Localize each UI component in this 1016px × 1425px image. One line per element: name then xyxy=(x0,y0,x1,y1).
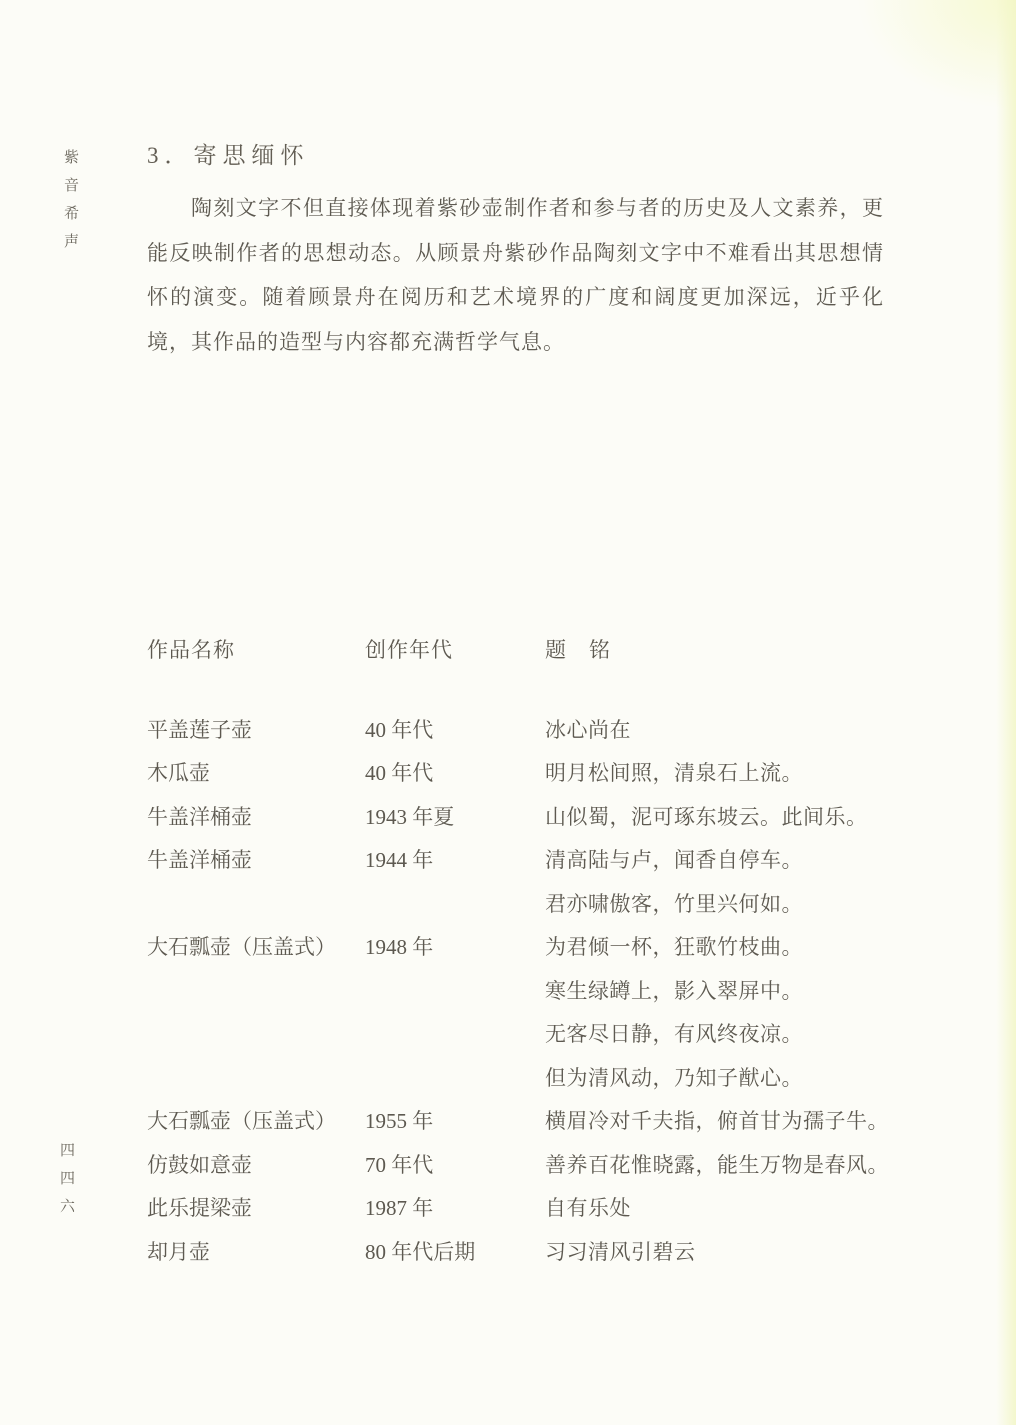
work-year: 1987 年 xyxy=(365,1187,545,1231)
work-year xyxy=(365,1013,545,1057)
work-name xyxy=(147,1013,365,1057)
work-inscription: 冰心尚在 xyxy=(545,709,899,753)
work-year: 70 年代 xyxy=(365,1144,545,1188)
work-inscription: 明月松间照，清泉石上流。 xyxy=(545,752,899,796)
work-name: 木瓜壶 xyxy=(147,752,365,796)
table-row: 牛盖洋桶壶1943 年夏山似蜀，泥可琢东坡云。此间乐。 xyxy=(147,796,899,840)
section-heading: 3．寄思缅怀 xyxy=(147,141,884,171)
work-name xyxy=(147,1057,365,1101)
work-name: 大石瓢壶（压盖式） xyxy=(147,926,365,970)
paragraph-line: 境，其作品的造型与内容都充满哲学气息。 xyxy=(147,320,884,365)
page-number-vertical: 四四六 xyxy=(56,1142,77,1226)
book-page: 紫音希声 四四六 3．寄思缅怀 陶刻文字不但直接体现着紫砂壶制作者和参与者的历史… xyxy=(0,0,1016,1425)
paragraph-line: 怀的演变。随着顾景舟在阅历和艺术境界的广度和阔度更加深远，近乎化 xyxy=(147,275,884,320)
work-inscription: 但为清风动，乃知子猷心。 xyxy=(545,1057,899,1101)
work-year: 1943 年夏 xyxy=(365,796,545,840)
work-inscription: 君亦啸傲客，竹里兴何如。 xyxy=(545,883,899,927)
work-year xyxy=(365,1057,545,1101)
margin-title-vertical: 紫音希声 xyxy=(60,149,81,261)
table-row: 无客尽日静，有风终夜凉。 xyxy=(147,1013,899,1057)
work-name: 却月壶 xyxy=(147,1231,365,1275)
work-inscription: 横眉冷对千夫指，俯首甘为孺子牛。 xyxy=(545,1100,899,1144)
table-row: 大石瓢壶（压盖式）1948 年为君倾一杯，狂歌竹枝曲。 xyxy=(147,926,899,970)
work-year: 40 年代 xyxy=(365,752,545,796)
work-year xyxy=(365,970,545,1014)
table-row: 君亦啸傲客，竹里兴何如。 xyxy=(147,883,899,927)
table-row: 平盖莲子壶40 年代冰心尚在 xyxy=(147,709,899,753)
work-name xyxy=(147,883,365,927)
table-row: 寒生绿罇上，影入翠屏中。 xyxy=(147,970,899,1014)
work-name xyxy=(147,970,365,1014)
col-header-creation-era: 创作年代 xyxy=(365,629,545,673)
body-paragraph: 陶刻文字不但直接体现着紫砂壶制作者和参与者的历史及人文素养，更 能反映制作者的思… xyxy=(147,186,884,364)
page-content: 3．寄思缅怀 陶刻文字不但直接体现着紫砂壶制作者和参与者的历史及人文素养，更 能… xyxy=(147,141,884,364)
work-year xyxy=(365,883,545,927)
col-header-work-name: 作品名称 xyxy=(147,629,365,673)
work-inscription: 自有乐处 xyxy=(545,1187,899,1231)
table-row: 却月壶80 年代后期习习清风引碧云 xyxy=(147,1231,899,1275)
work-inscription: 寒生绿罇上，影入翠屏中。 xyxy=(545,970,899,1014)
page-edge-shading xyxy=(996,0,1016,1425)
work-inscription: 为君倾一杯，狂歌竹枝曲。 xyxy=(545,926,899,970)
paragraph-line: 能反映制作者的思想动态。从顾景舟紫砂作品陶刻文字中不难看出其思想情 xyxy=(147,231,884,276)
work-name: 此乐提梁壶 xyxy=(147,1187,365,1231)
table-header-row: 作品名称 创作年代 题 铭 xyxy=(147,629,899,673)
table-body: 平盖莲子壶40 年代冰心尚在木瓜壶40 年代明月松间照，清泉石上流。牛盖洋桶壶1… xyxy=(147,709,899,1275)
work-inscription: 山似蜀，泥可琢东坡云。此间乐。 xyxy=(545,796,899,840)
work-name: 牛盖洋桶壶 xyxy=(147,796,365,840)
work-year: 40 年代 xyxy=(365,709,545,753)
work-year: 1955 年 xyxy=(365,1100,545,1144)
table-row: 但为清风动，乃知子猷心。 xyxy=(147,1057,899,1101)
paragraph-line: 陶刻文字不但直接体现着紫砂壶制作者和参与者的历史及人文素养，更 xyxy=(147,186,884,231)
work-name: 牛盖洋桶壶 xyxy=(147,839,365,883)
table-row: 木瓜壶40 年代明月松间照，清泉石上流。 xyxy=(147,752,899,796)
table-row: 此乐提梁壶1987 年自有乐处 xyxy=(147,1187,899,1231)
work-inscription: 无客尽日静，有风终夜凉。 xyxy=(545,1013,899,1057)
work-name: 平盖莲子壶 xyxy=(147,709,365,753)
work-year: 1948 年 xyxy=(365,926,545,970)
table-row: 大石瓢壶（压盖式）1955 年横眉冷对千夫指，俯首甘为孺子牛。 xyxy=(147,1100,899,1144)
work-name: 仿鼓如意壶 xyxy=(147,1144,365,1188)
table-row: 牛盖洋桶壶1944 年清高陆与卢，闻香自停车。 xyxy=(147,839,899,883)
page-corner-shading xyxy=(856,0,1016,110)
col-header-inscription: 题 铭 xyxy=(545,629,899,673)
table-row: 仿鼓如意壶70 年代善养百花惟晓露，能生万物是春风。 xyxy=(147,1144,899,1188)
work-inscription: 善养百花惟晓露，能生万物是春风。 xyxy=(545,1144,899,1188)
work-year: 80 年代后期 xyxy=(365,1231,545,1275)
work-inscription: 习习清风引碧云 xyxy=(545,1231,899,1275)
work-inscription: 清高陆与卢，闻香自停车。 xyxy=(545,839,899,883)
work-name: 大石瓢壶（压盖式） xyxy=(147,1100,365,1144)
work-year: 1944 年 xyxy=(365,839,545,883)
works-table: 作品名称 创作年代 题 铭 平盖莲子壶40 年代冰心尚在木瓜壶40 年代明月松间… xyxy=(147,629,899,1274)
